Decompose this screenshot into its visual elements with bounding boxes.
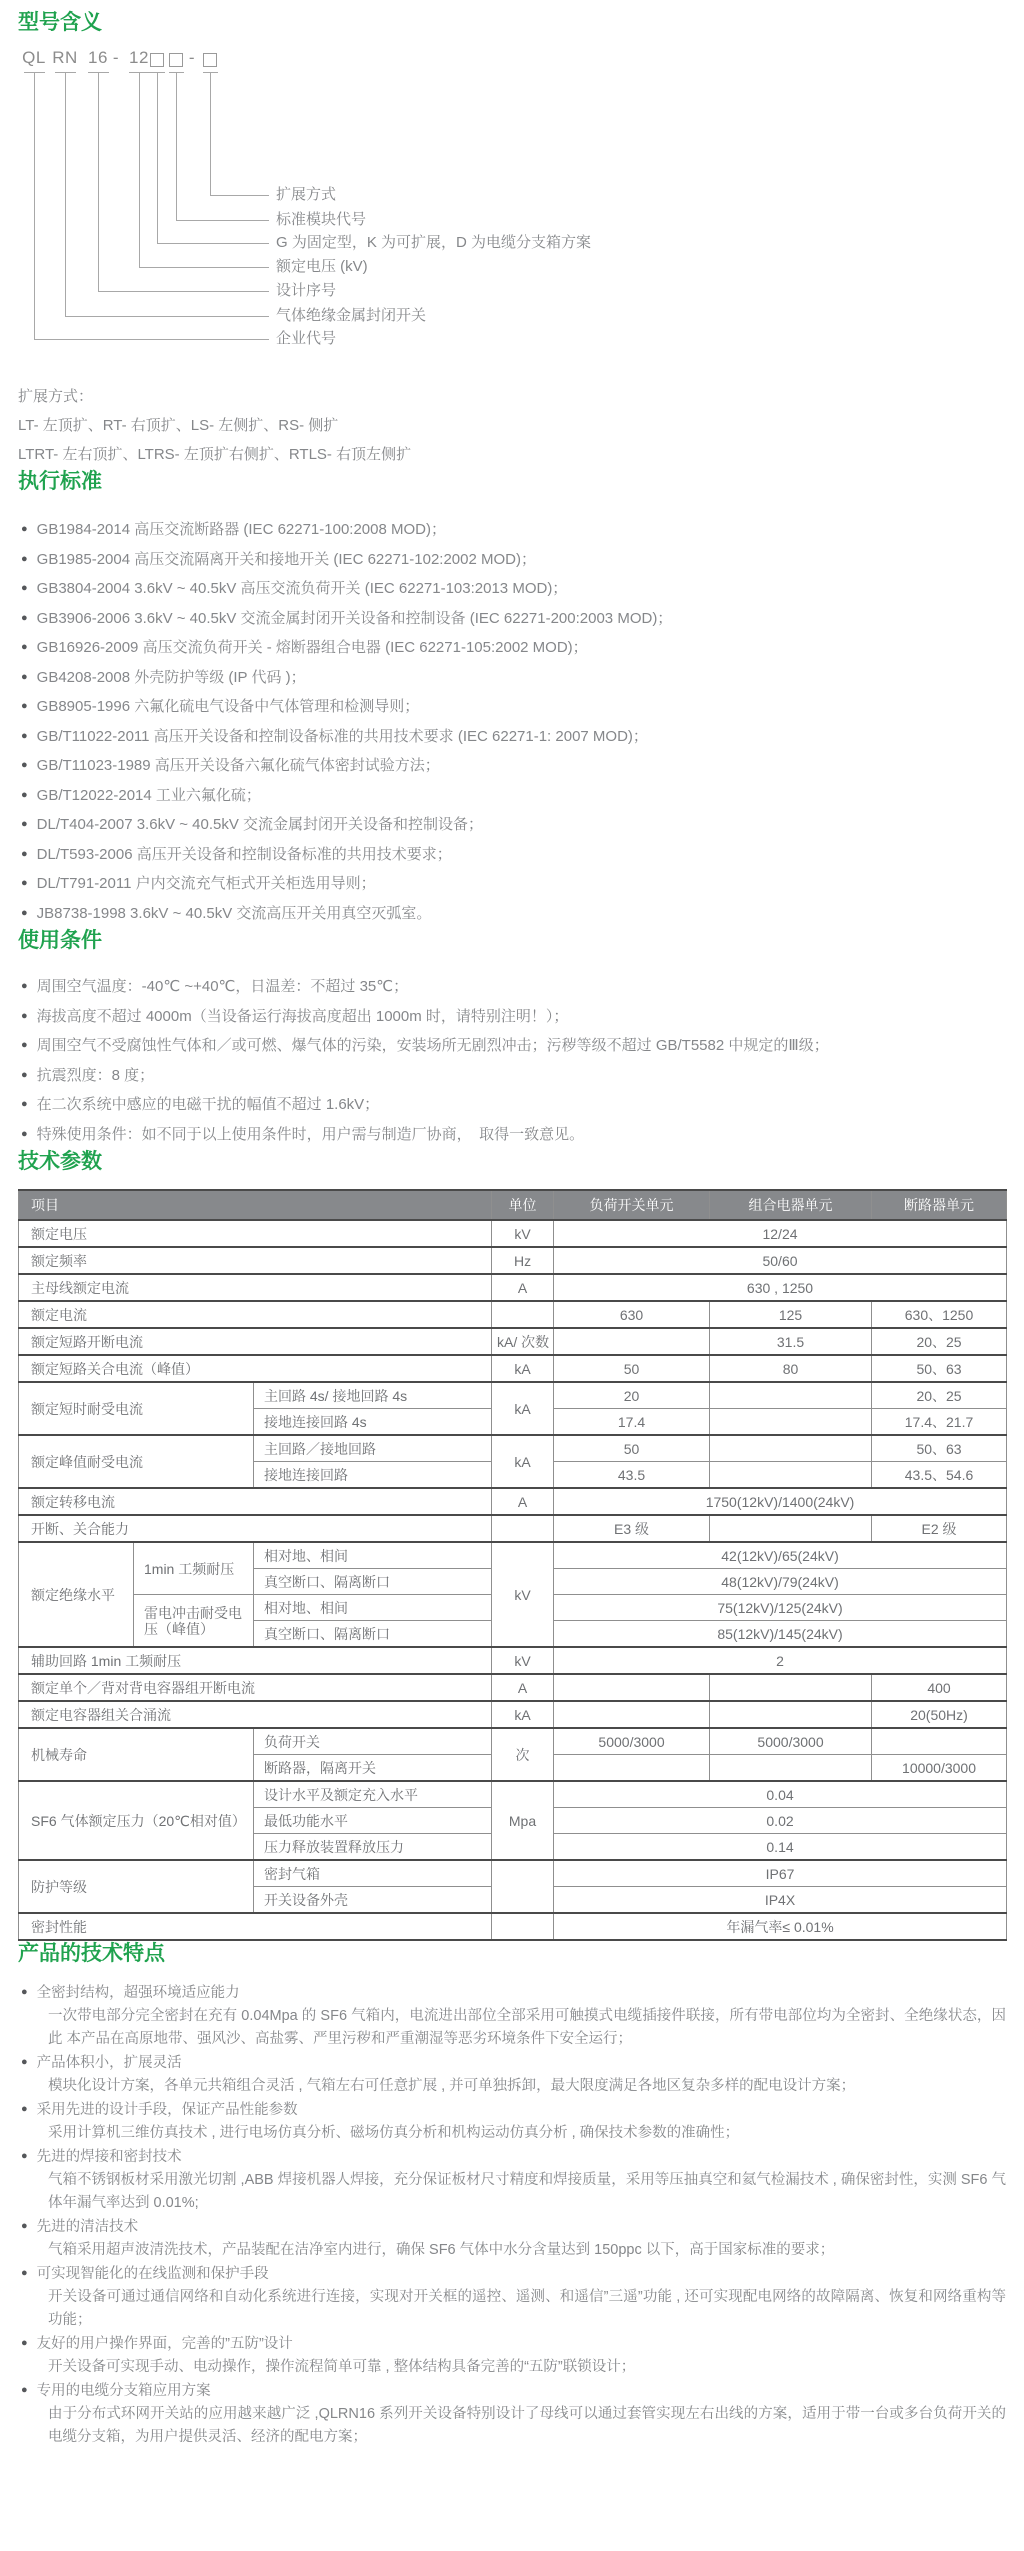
table-cell: 额定短路开断电流: [19, 1328, 492, 1355]
feature-title: ●可实现智能化的在线监测和保护手段: [18, 2262, 1006, 2286]
list-item-text: GB3906-2006 3.6kV ~ 40.5kV 交流金属封闭开关设备和控制…: [37, 610, 673, 627]
placeholder-box-icon: [203, 53, 217, 67]
table-cell: 主回路／接地回路: [254, 1435, 492, 1462]
parameters-table: 项目 单位 负荷开关单元 组合电器单元 断路器单元 额定电压 kV 12/24 …: [18, 1189, 1007, 1941]
table-cell: 50: [554, 1435, 710, 1462]
feature-title: ●采用先进的设计手段，保证产品性能参数: [18, 2098, 1006, 2122]
table-cell: kA: [492, 1435, 554, 1488]
table-cell: [554, 1701, 710, 1728]
table-cell: Hz: [492, 1247, 554, 1274]
table-row: 额定电容器组关合涌流 kA 20(50Hz): [19, 1701, 1007, 1728]
table-cell: [492, 1860, 554, 1913]
bullet-icon: ●: [21, 2384, 28, 2396]
table-cell: [710, 1674, 872, 1701]
bullet-icon: ●: [21, 641, 28, 653]
list-item: ●GB/T11023-1989 高压开关设备六氟化硫气体密封试验方法；: [18, 751, 1006, 781]
feature-item: ●专用的电缆分支箱应用方案 由于分布式环网开关站的应用越来越广泛 ,QLRN16…: [18, 2379, 1006, 2449]
feature-desc: 气箱不锈钢板材采用激光切割 ,ABB 焊接机器人焊接，充分保证板材尺寸精度和焊接…: [48, 2169, 1006, 2215]
table-cell: 负荷开关: [254, 1728, 492, 1755]
list-item: ●GB/T12022-2014 工业六氟化硫；: [18, 781, 1006, 811]
section-heading-model: 型号含义: [18, 10, 1006, 36]
col-header: 负荷开关单元: [554, 1190, 710, 1220]
bullet-icon: ●: [21, 2056, 28, 2068]
col-header: 组合电器单元: [710, 1190, 872, 1220]
model-label: 设计序号: [276, 280, 336, 302]
list-item: ●DL/T593-2006 高压开关设备和控制设备标准的共用技术要求；: [18, 840, 1006, 870]
list-item-text: 特殊使用条件：如不同于以上使用条件时，用户需与制造厂协商， 取得一致意见。: [37, 1126, 585, 1143]
bullet-icon: ●: [21, 789, 28, 801]
feature-title: ●友好的用户操作界面，完善的”五防”设计: [18, 2332, 1006, 2356]
expansion-note: LT- 左顶扩、RT- 右顶扩、LS- 左侧扩、RS- 侧扩: [18, 411, 1006, 440]
conditions-list: ●周围空气温度：-40℃ ~+40℃，日温差：不超过 35℃； ●海拔高度不超过…: [18, 972, 1006, 1149]
bullet-icon: ●: [21, 553, 28, 565]
model-code-diagram: QL RN 16 - 12 - 扩展方式 标准模块代号 G 为固定型，K 为可扩…: [18, 48, 1006, 360]
list-item-text: 周围空气温度：-40℃ ~+40℃，日温差：不超过 35℃；: [37, 978, 408, 995]
model-code-token: 12: [129, 48, 149, 68]
bullet-icon: ●: [21, 1128, 28, 1140]
table-cell: SF6 气体额定压力（20℃相对值）: [19, 1781, 254, 1860]
list-item: ●GB1984-2014 高压交流断路器 (IEC 62271-100:2008…: [18, 515, 1006, 545]
table-cell: kA: [492, 1355, 554, 1382]
model-code-token: QL: [22, 48, 46, 68]
table-cell: 主母线额定电流: [19, 1274, 492, 1301]
table-cell: 12/24: [554, 1220, 1007, 1247]
table-cell: 相对地、相间: [254, 1595, 492, 1621]
list-item-text: 在二次系统中感应的电磁干扰的幅值不超过 1.6kV；: [37, 1096, 380, 1113]
feature-desc: 采用计算机三维仿真技术 , 进行电场仿真分析、磁场仿真分析和机构运动仿真分析 ,…: [48, 2122, 1006, 2145]
table-cell: 额定短时耐受电流: [19, 1382, 254, 1435]
feature-item: ●全密封结构，超强环境适应能力 一次带电部分完全密封在充有 0.04Mpa 的 …: [18, 1981, 1006, 2051]
table-row: 辅助回路 1min 工频耐压 kV 2: [19, 1647, 1007, 1674]
table-cell: 额定电流: [19, 1301, 492, 1328]
bullet-icon: ●: [21, 759, 28, 771]
feature-item: ●产品体积小，扩展灵活 模块化设计方案，各单元共箱组合灵活 , 气箱左右可任意扩…: [18, 2051, 1006, 2098]
list-item: ●海拔高度不超过 4000m（当设备运行海拔高度超出 1000m 时，请特别注明…: [18, 1002, 1006, 1032]
table-cell: 50、63: [872, 1435, 1007, 1462]
list-item: ●GB3906-2006 3.6kV ~ 40.5kV 交流金属封闭开关设备和控…: [18, 604, 1006, 634]
table-row: 额定电压 kV 12/24: [19, 1220, 1007, 1247]
table-cell: A: [492, 1274, 554, 1301]
expansion-note: LTRT- 左右顶扩、LTRS- 左顶扩右侧扩、RTLS- 右顶左侧扩: [18, 440, 1006, 469]
list-item-text: 海拔高度不超过 4000m（当设备运行海拔高度超出 1000m 时，请特别注明！…: [37, 1008, 569, 1025]
table-cell: 80: [710, 1355, 872, 1382]
list-item: ●GB16926-2009 高压交流负荷开关 - 熔断器组合电器 (IEC 62…: [18, 633, 1006, 663]
table-cell: [554, 1755, 710, 1782]
table-cell: 额定电容器组关合涌流: [19, 1701, 492, 1728]
table-cell: 辅助回路 1min 工频耐压: [19, 1647, 492, 1674]
list-item-text: GB16926-2009 高压交流负荷开关 - 熔断器组合电器 (IEC 622…: [37, 639, 588, 656]
table-cell: 400: [872, 1674, 1007, 1701]
table-row: 额定短路开断电流 kA/ 次数 31.5 20、25: [19, 1328, 1007, 1355]
bullet-icon: ●: [21, 848, 28, 860]
list-item: ●特殊使用条件：如不同于以上使用条件时，用户需与制造厂协商， 取得一致意见。: [18, 1120, 1006, 1150]
expansion-notes: 扩展方式： LT- 左顶扩、RT- 右顶扩、LS- 左侧扩、RS- 侧扩 LTR…: [18, 382, 1006, 469]
col-header: 项目: [19, 1190, 492, 1220]
table-cell: 0.04: [554, 1781, 1007, 1808]
list-item-text: 抗震烈度：8 度；: [37, 1067, 155, 1084]
table-cell: [710, 1435, 872, 1462]
dash-separator: -: [189, 48, 195, 68]
feature-desc: 气箱采用超声波清洗技术，产品装配在洁净室内进行，确保 SF6 气体中水分含量达到…: [48, 2239, 1006, 2262]
bullet-icon: ●: [21, 523, 28, 535]
bullet-icon: ●: [21, 1098, 28, 1110]
list-item: ●GB1985-2004 高压交流隔离开关和接地开关 (IEC 62271-10…: [18, 545, 1006, 575]
model-label: 额定电压 (kV): [276, 256, 368, 278]
table-cell: [710, 1515, 872, 1542]
bullet-icon: ●: [21, 1986, 28, 1998]
table-cell: 开关设备外壳: [254, 1887, 492, 1914]
bullet-icon: ●: [21, 582, 28, 594]
table-cell: 密封气箱: [254, 1860, 492, 1887]
bullet-icon: ●: [21, 2267, 28, 2279]
table-cell: 开断、关合能力: [19, 1515, 492, 1542]
table-cell: IP67: [554, 1860, 1007, 1887]
feature-desc: 开关设备可通过通信网络和自动化系统进行连接，实现对开关框的遥控、遥测、和遥信”三…: [48, 2286, 1006, 2332]
bullet-icon: ●: [21, 1069, 28, 1081]
table-row: 额定单个／背对背电容器组开断电流 A 400: [19, 1674, 1007, 1701]
table-cell: 接地连接回路: [254, 1462, 492, 1489]
table-cell: [554, 1328, 710, 1355]
table-row: 机械寿命 负荷开关 次 5000/3000 5000/3000: [19, 1728, 1007, 1755]
bullet-icon: ●: [21, 612, 28, 624]
standards-list: ●GB1984-2014 高压交流断路器 (IEC 62271-100:2008…: [18, 515, 1006, 928]
bullet-icon: ●: [21, 730, 28, 742]
table-cell: A: [492, 1488, 554, 1515]
table-cell: 额定单个／背对背电容器组开断电流: [19, 1674, 492, 1701]
table-cell: 5000/3000: [710, 1728, 872, 1755]
list-item: ●DL/T404-2007 3.6kV ~ 40.5kV 交流金属封闭开关设备和…: [18, 810, 1006, 840]
table-cell: [710, 1409, 872, 1436]
table-cell: 接地连接回路 4s: [254, 1409, 492, 1436]
list-item-text: DL/T791-2011 户内交流充气柜式开关柜选用导则；: [37, 875, 376, 892]
list-item-text: GB1984-2014 高压交流断路器 (IEC 62271-100:2008 …: [37, 521, 446, 538]
model-label: 扩展方式: [276, 184, 336, 206]
table-cell: 真空断口、隔离断口: [254, 1621, 492, 1648]
table-cell: 0.14: [554, 1834, 1007, 1861]
list-item: ●DL/T791-2011 户内交流充气柜式开关柜选用导则；: [18, 869, 1006, 899]
list-item-text: JB8738-1998 3.6kV ~ 40.5kV 交流高压开关用真空灭弧室。: [37, 905, 432, 922]
bullet-icon: ●: [21, 2150, 28, 2162]
table-cell: 额定转移电流: [19, 1488, 492, 1515]
bullet-icon: ●: [21, 907, 28, 919]
table-row: 额定峰值耐受电流 主回路／接地回路 kA 50 50、63: [19, 1435, 1007, 1462]
table-cell: 主回路 4s/ 接地回路 4s: [254, 1382, 492, 1409]
col-header: 单位: [492, 1190, 554, 1220]
table-cell: 50/60: [554, 1247, 1007, 1274]
table-cell: [554, 1674, 710, 1701]
table-cell: 20、25: [872, 1382, 1007, 1409]
feature-title: ●产品体积小，扩展灵活: [18, 2051, 1006, 2075]
feature-desc: 开关设备可实现手动、电动操作，操作流程简单可靠 , 整体结构具备完善的“五防”联…: [48, 2356, 1006, 2379]
table-cell: E2 级: [872, 1515, 1007, 1542]
table-row: 额定转移电流 A 1750(12kV)/1400(24kV): [19, 1488, 1007, 1515]
table-cell: [492, 1301, 554, 1328]
model-code-token: 16: [88, 48, 108, 68]
list-item-text: GB/T12022-2014 工业六氟化硫；: [37, 787, 261, 804]
table-cell: 630、1250: [872, 1301, 1007, 1328]
section-heading-parameters: 技术参数: [18, 1149, 1006, 1175]
table-row: SF6 气体额定压力（20℃相对值） 设计水平及额定充入水平 Mpa 0.04: [19, 1781, 1007, 1808]
list-item-text: DL/T404-2007 3.6kV ~ 40.5kV 交流金属封闭开关设备和控…: [37, 816, 483, 833]
table-cell: 43.5: [554, 1462, 710, 1489]
feature-desc: 模块化设计方案，各单元共箱组合灵活 , 气箱左右可任意扩展 , 并可单独拆卸，最…: [48, 2075, 1006, 2098]
feature-title: ●先进的焊接和密封技术: [18, 2145, 1006, 2169]
table-cell: 0.02: [554, 1808, 1007, 1834]
table-cell: 630: [554, 1301, 710, 1328]
list-item: ●GB/T11022-2011 高压开关设备和控制设备标准的共用技术要求 (IE…: [18, 722, 1006, 752]
table-cell: [710, 1382, 872, 1409]
list-item: ●周围空气温度：-40℃ ~+40℃，日温差：不超过 35℃；: [18, 972, 1006, 1002]
table-cell: kV: [492, 1220, 554, 1247]
feature-desc: 由于分布式环网开关站的应用越来越广泛 ,QLRN16 系列开关设备特别设计了母线…: [48, 2403, 1006, 2449]
table-cell: 125: [710, 1301, 872, 1328]
table-cell: 雷电冲击耐受电压（峰值）: [134, 1595, 254, 1648]
table-cell: 20(50Hz): [872, 1701, 1007, 1728]
table-cell: 85(12kV)/145(24kV): [554, 1621, 1007, 1648]
table-cell: [710, 1701, 872, 1728]
table-cell: 额定峰值耐受电流: [19, 1435, 254, 1488]
features-list: ●全密封结构，超强环境适应能力 一次带电部分完全密封在充有 0.04Mpa 的 …: [18, 1981, 1006, 2449]
table-cell: [492, 1515, 554, 1542]
placeholder-box-icon: [150, 53, 164, 67]
table-row: 防护等级 密封气箱 IP67: [19, 1860, 1007, 1887]
table-cell: 50: [554, 1355, 710, 1382]
table-cell: 2: [554, 1647, 1007, 1674]
model-label: 企业代号: [276, 328, 336, 350]
table-row: 额定短路关合电流（峰值） kA 50 80 50、63: [19, 1355, 1007, 1382]
table-cell: A: [492, 1674, 554, 1701]
model-code-token: RN: [52, 48, 78, 68]
table-cell: kV: [492, 1542, 554, 1647]
table-row: 额定频率 Hz 50/60: [19, 1247, 1007, 1274]
table-row: 额定电流 630 125 630、1250: [19, 1301, 1007, 1328]
table-cell: 压力释放装置释放压力: [254, 1834, 492, 1861]
table-cell: 额定绝缘水平: [19, 1542, 134, 1647]
table-cell: 20、25: [872, 1328, 1007, 1355]
table-cell: 额定频率: [19, 1247, 492, 1274]
table-cell: 1750(12kV)/1400(24kV): [554, 1488, 1007, 1515]
table-cell: 17.4、21.7: [872, 1409, 1007, 1436]
table-cell: kA/ 次数: [492, 1328, 554, 1355]
table-cell: kA: [492, 1701, 554, 1728]
bullet-icon: ●: [21, 700, 28, 712]
table-cell: 额定电压: [19, 1220, 492, 1247]
table-cell: E3 级: [554, 1515, 710, 1542]
list-item: ●GB3804-2004 3.6kV ~ 40.5kV 高压交流负荷开关 (IE…: [18, 574, 1006, 604]
feature-item: ●可实现智能化的在线监测和保护手段 开关设备可通过通信网络和自动化系统进行连接，…: [18, 2262, 1006, 2332]
feature-title: ●全密封结构，超强环境适应能力: [18, 1981, 1006, 2005]
model-label: G 为固定型，K 为可扩展，D 为电缆分支箱方案: [276, 232, 591, 254]
feature-title: ●专用的电缆分支箱应用方案: [18, 2379, 1006, 2403]
section-heading-features: 产品的技术特点: [18, 1941, 1006, 1967]
list-item: ●抗震烈度：8 度；: [18, 1061, 1006, 1091]
model-label: 标准模块代号: [276, 209, 366, 231]
table-cell: Mpa: [492, 1781, 554, 1860]
section-heading-standards: 执行标准: [18, 469, 1006, 495]
bullet-icon: ●: [21, 818, 28, 830]
table-row: 主母线额定电流 A 630 , 1250: [19, 1274, 1007, 1301]
table-cell: 断路器，隔离开关: [254, 1755, 492, 1782]
table-cell: 最低功能水平: [254, 1808, 492, 1834]
table-cell: 相对地、相间: [254, 1542, 492, 1569]
page: 型号含义 QL RN 16 - 12 - 扩展方式 标准模块代号 G 为固定型，…: [0, 0, 1024, 2449]
list-item: ●GB4208-2008 外壳防护等级 (IP 代码 )；: [18, 663, 1006, 693]
table-cell: 42(12kV)/65(24kV): [554, 1542, 1007, 1569]
feature-title: ●先进的清洁技术: [18, 2215, 1006, 2239]
list-item: ●GB8905-1996 六氟化硫电气设备中气体管理和检测导则；: [18, 692, 1006, 722]
col-header: 断路器单元: [872, 1190, 1007, 1220]
bullet-icon: ●: [21, 2337, 28, 2349]
table-cell: 50、63: [872, 1355, 1007, 1382]
bullet-icon: ●: [21, 877, 28, 889]
table-cell: 630 , 1250: [554, 1274, 1007, 1301]
feature-item: ●采用先进的设计手段，保证产品性能参数 采用计算机三维仿真技术 , 进行电场仿真…: [18, 2098, 1006, 2145]
table-cell: 次: [492, 1728, 554, 1781]
list-item-text: GB/T11023-1989 高压开关设备六氟化硫气体密封试验方法；: [37, 757, 440, 774]
list-item-text: GB8905-1996 六氟化硫电气设备中气体管理和检测导则；: [37, 698, 420, 715]
list-item-text: DL/T593-2006 高压开关设备和控制设备标准的共用技术要求；: [37, 846, 452, 863]
table-cell: [872, 1728, 1007, 1755]
table-header-row: 项目 单位 负荷开关单元 组合电器单元 断路器单元: [19, 1190, 1007, 1220]
list-item-text: GB1985-2004 高压交流隔离开关和接地开关 (IEC 62271-102…: [37, 551, 536, 568]
table-cell: 真空断口、隔离断口: [254, 1569, 492, 1595]
table-cell: 48(12kV)/79(24kV): [554, 1569, 1007, 1595]
table-cell: 密封性能: [19, 1913, 492, 1940]
bullet-icon: ●: [21, 2103, 28, 2115]
list-item: ●周围空气不受腐蚀性气体和／或可燃、爆气体的污染，安装场所无剧烈冲击；污秽等级不…: [18, 1031, 1006, 1061]
table-cell: 设计水平及额定充入水平: [254, 1781, 492, 1808]
bullet-icon: ●: [21, 2220, 28, 2232]
list-item-text: GB4208-2008 外壳防护等级 (IP 代码 )；: [37, 669, 306, 686]
feature-desc: 一次带电部分完全密封在充有 0.04Mpa 的 SF6 气箱内，电流进出部位全部…: [48, 2005, 1006, 2051]
table-cell: kA: [492, 1382, 554, 1435]
table-cell: 31.5: [710, 1328, 872, 1355]
bullet-icon: ●: [21, 1010, 28, 1022]
table-cell: kV: [492, 1647, 554, 1674]
table-cell: 17.4: [554, 1409, 710, 1436]
list-item-text: GB/T11022-2011 高压开关设备和控制设备标准的共用技术要求 (IEC…: [37, 728, 648, 745]
list-item: ●JB8738-1998 3.6kV ~ 40.5kV 交流高压开关用真空灭弧室…: [18, 899, 1006, 929]
table-row: 开断、关合能力 E3 级 E2 级: [19, 1515, 1007, 1542]
table-row: 密封性能 年漏气率≤ 0.01%: [19, 1913, 1007, 1940]
list-item-text: 周围空气不受腐蚀性气体和／或可燃、爆气体的污染，安装场所无剧烈冲击；污秽等级不超…: [37, 1037, 829, 1054]
table-cell: [492, 1913, 554, 1940]
list-item-text: GB3804-2004 3.6kV ~ 40.5kV 高压交流负荷开关 (IEC…: [37, 580, 568, 597]
placeholder-box-icon: [169, 53, 183, 67]
expansion-title: 扩展方式：: [18, 382, 1006, 411]
table-cell: 5000/3000: [554, 1728, 710, 1755]
bullet-icon: ●: [21, 980, 28, 992]
table-row: 额定短时耐受电流 主回路 4s/ 接地回路 4s kA 20 20、25: [19, 1382, 1007, 1409]
table-cell: 防护等级: [19, 1860, 254, 1913]
list-item: ●在二次系统中感应的电磁干扰的幅值不超过 1.6kV；: [18, 1090, 1006, 1120]
table-cell: 20: [554, 1382, 710, 1409]
table-cell: [710, 1755, 872, 1782]
table-cell: 75(12kV)/125(24kV): [554, 1595, 1007, 1621]
feature-item: ●先进的焊接和密封技术 气箱不锈钢板材采用激光切割 ,ABB 焊接机器人焊接，充…: [18, 2145, 1006, 2215]
bullet-icon: ●: [21, 671, 28, 683]
table-cell: IP4X: [554, 1887, 1007, 1914]
table-cell: 10000/3000: [872, 1755, 1007, 1782]
feature-item: ●友好的用户操作界面，完善的”五防”设计 开关设备可实现手动、电动操作，操作流程…: [18, 2332, 1006, 2379]
bullet-icon: ●: [21, 1039, 28, 1051]
table-row: 额定绝缘水平 1min 工频耐压 相对地、相间 kV 42(12kV)/65(2…: [19, 1542, 1007, 1569]
table-cell: 额定短路关合电流（峰值）: [19, 1355, 492, 1382]
feature-item: ●先进的清洁技术 气箱采用超声波清洗技术，产品装配在洁净室内进行，确保 SF6 …: [18, 2215, 1006, 2262]
table-cell: 机械寿命: [19, 1728, 254, 1781]
dash-separator: -: [113, 48, 119, 68]
connector-line: [34, 73, 269, 340]
section-heading-conditions: 使用条件: [18, 928, 1006, 954]
table-cell: 43.5、54.6: [872, 1462, 1007, 1489]
model-label: 气体绝缘金属封闭开关: [276, 305, 426, 327]
table-cell: 年漏气率≤ 0.01%: [554, 1913, 1007, 1940]
table-cell: 1min 工频耐压: [134, 1542, 254, 1595]
table-cell: [710, 1462, 872, 1489]
